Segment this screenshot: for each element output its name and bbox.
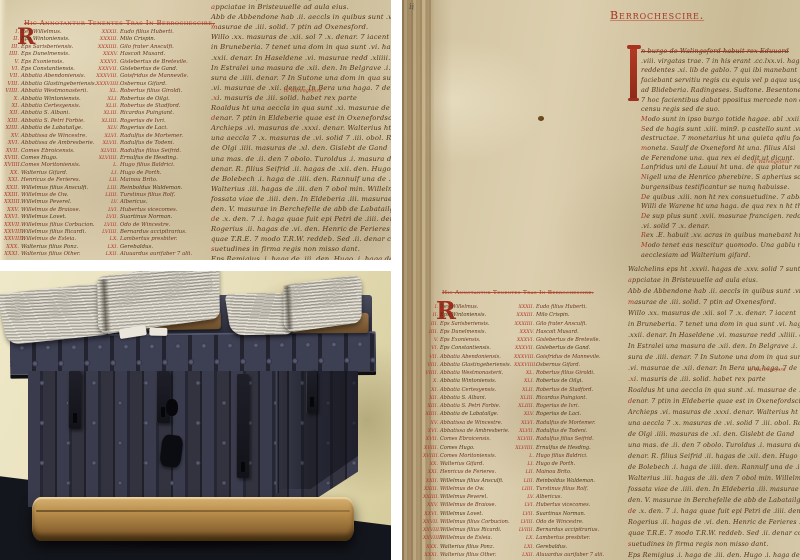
borough-entry-column: Walchelins eps ht .xxvii. hagas de .xxv.… [628,264,798,560]
tenant-entry: XLII. Robertus de Stadford. [514,386,626,394]
tenant-name: Comes Hugo. [440,444,475,452]
tenant-name: Goisfridus de Mannevile. [120,73,188,80]
tenant-name: Eps Exoniensis. [440,336,481,344]
manuscript-folio-photo: ii Berrochescire. n burgo de Walingeford… [402,0,800,560]
tenant-entry: XX. Walterius Gifard. [4,170,99,177]
tenant-entry: XL. Robertus filius Giroldi. [514,369,626,377]
open-book-small [227,277,370,344]
tenant-entry: XLV. Rogerius de Laci. [96,125,212,132]
tenant-entry: XLIII. Ricardus Puingiant. [96,110,212,117]
tenant-numeral: LIIII. [514,486,536,494]
tenant-name: Odo de Wincestre. [120,222,170,229]
manuscript-text-line: denar. 7 ptin in Eldeberie quae est in O… [628,396,798,407]
tenant-name: Abbatia Glastingeberiensis. [440,361,511,369]
landholders-list-title: Hic Annotantur Tenentes Tras In Berroche… [442,290,594,296]
tenant-numeral: XV. [4,133,21,140]
tenant-name: Willelmus de Ow. [440,485,484,493]
manuscript-text-line: masurae de .iii. solid. 7 ptin ad Oxenes… [211,22,391,32]
manuscript-text-line: de .x. den. 7 .i. haga quae fuit epi Pet… [211,214,391,224]
tenant-entry: XXXVIII. Goisfridus de Mannevile. [514,353,626,361]
manuscript-text-line: denar. 7 ptin in Eldeberie quae est in O… [211,113,391,123]
tenant-name: Willelmus de Ow. [21,192,68,199]
tenant-entry: XXVIII. Willelmus filius Ricardi. [423,526,515,534]
tenant-entry: XXXII. Eudo filius Huberti. [514,303,626,311]
tenant-entry: VIIII. Abbatia Westmonasterii. [423,369,515,377]
manuscript-text-line: faciebant servitiu regis cu equis vel p … [641,76,798,86]
tenant-name: Rogerius de Ivri. [120,118,166,125]
tenant-entry: VIII. Abbatia Glastingeberiensis. [423,361,515,369]
tenant-name: Willelmus filius Ricardi. [440,526,502,534]
tenant-name: Willelmus Peverel. [440,493,488,501]
tenant-entry: XXVII. Willelmus filius Corbucion. [4,222,99,229]
tenant-numeral: XXX. [4,244,21,251]
book-page-text [105,271,213,309]
tenant-name: Robertus filius Giroldi. [120,88,182,95]
keyhole [166,399,178,416]
tenant-entry: XXXI. Walterius filius Other. [4,251,99,258]
manuscript-text-line: Rogerius .ii. hagas de .vi. den. Henric … [628,517,798,528]
tenant-name: Walterius Gifard. [21,170,68,177]
tenant-entry: XXXVI. Gislebertus de Bretevile. [514,336,626,344]
manuscript-text-line: de Olgi .iiii. masuras de .xl. den. Gisl… [628,429,798,440]
tenant-numeral: XXXVII. [514,345,536,353]
tenant-entry: XL. Robertus filius Giroldi. [96,88,212,95]
tenant-numeral: XXXIII. [96,36,120,43]
tenant-numeral: X. [423,378,440,386]
tenant-entry: LIIII. Turstinus filius Rolf. [96,192,212,199]
tenant-entry: VIIII. Abbatia Westmonasterii. [4,88,99,95]
tenant-name: Hascoit Musard. [536,328,579,336]
tenant-name: Abbatissa de Ambresberie. [21,140,95,147]
tenant-numeral: XXVIIII. [423,535,440,543]
tenant-entry: XLVIIII. Ernulfus de Hesding. [96,155,212,162]
manuscript-text-line: In Estralei una masura de .xii. den. In … [211,63,391,73]
tenant-name: Walterius filius Other. [440,551,496,559]
chest-corner-edge [276,371,279,493]
tenant-numeral: XIIII. [423,411,440,419]
tenant-numeral: XXXVI. [514,337,536,345]
tenant-entry: VII. Abbatia Abendoniensis. [4,73,99,80]
manuscript-text-line: .xxii. denar. In Haseldene .vi. masurae … [211,53,391,63]
tenant-entry: XII. Abbatia S. Albani. [4,110,99,117]
tenant-name: Mainou Brito. [120,177,158,184]
tenant-entry: XXX. Walterius filius Ponz. [423,543,515,551]
tenant-entry: XLVI. Radulfus de Mortemer. [514,419,626,427]
tenant-name: Rogerius de Laci. [120,125,168,132]
tenant-numeral: XVI. [4,140,21,147]
manuscript-text-line: den. V. masurae in Berchefelle de abb de… [628,495,798,506]
tenant-numeral: LVIII. [514,519,536,527]
tenant-name: Turstinus filius Rolf. [120,192,175,199]
tenant-name: Willelmus Lovet. [440,510,483,518]
tenant-entry: VI. Eps Constantiensis. [423,344,515,352]
tenant-name: Suartinus Norman. [120,214,172,221]
tenant-numeral: XXII. [423,478,440,486]
tenant-entry: XXXVI. Gislebertus de Bretevile. [96,59,212,66]
tenant-numeral: LV. [514,494,536,502]
manuscript-text-line: appciatae in Bristeuuelle ad aula eius. [628,275,798,286]
tenants-column-1: I. Rex Willelmus. II. Eps Wintoniensis. … [4,29,99,259]
tenant-entry: LVIIII. Bernardus accipitrarius. [96,229,212,236]
tenant-entry: LX. Lambertus presbiter. [96,236,212,243]
interlinear-gloss: in Warengeford [748,368,786,373]
tenant-numeral: XXIIII. [423,494,440,502]
tenant-name: Robertus de Stadford. [536,386,593,394]
tenant-numeral: XVI. [423,428,440,436]
manuscript-text-line: destructae. 7 monetarius ht una quieta q… [641,134,798,144]
tenant-numeral: LVIIII. [514,527,536,535]
manuscript-text-line: Modo sunt in ipso burgo totide hagae. ab… [641,115,798,125]
manuscript-text-line: sura de .iiii. denar. 7 In Sutone una do… [211,73,391,83]
tenant-entry: LXII. Aluuardus aurifaber 7 alii. [514,551,626,559]
tenant-name: Reinboldus Waldeman. [536,477,595,485]
tenant-entry: VIII. Abbatia Glastingeberiensis. [4,81,99,88]
tenant-entry: XXXV. Hascoit Musard. [96,51,212,58]
tenant-numeral: XVIIII. [423,453,440,461]
tenant-numeral: XLIII. [514,395,536,403]
tenant-name: Comes Moritoniensis. [21,162,80,169]
tenant-entry: XXIIII. Willelmus Peverel. [4,199,99,206]
tenant-name: Radulfus filius Seifrid. [120,148,181,155]
tenant-entry: XIII. Abbatia S. Petri Forbie. [4,118,99,125]
tenant-name: Henricus de Ferieres. [440,468,496,476]
tenant-numeral: XVIII. [423,445,440,453]
parchment-stain [538,116,544,121]
tenant-numeral: XXXVIII. [514,354,536,362]
tenant-name: Albericus. [536,493,562,501]
manuscript-text-line: Willo .xx. masuras de .xii. sol 7 .x. de… [628,308,798,319]
tenant-name: Willelmus de Esleia. [21,236,76,243]
tenant-numeral: V. [423,337,440,345]
tenant-entry: LII. Mainou Brito. [96,177,212,184]
tenant-entry: XLI. Robertus de Oilgi. [514,377,626,385]
tenant-entry: XXVI. Willelmus Lovet. [423,510,515,518]
manuscript-text-line: Eps Remigius .i. haga de .iii. den. Hugo… [628,550,798,560]
tenant-numeral: VI. [4,66,21,73]
tenant-entry: XXXVII. Gislebertus de Gand. [96,66,212,73]
tenant-name: Ernulfus de Hesding. [120,155,178,162]
book-page-text [288,277,357,312]
tenant-numeral: XXXVIIII. [514,362,536,370]
tenant-entry: XXXVIIII. Osbernus Gifard. [514,361,626,369]
manuscript-text-line: Walterius .iii. hagas de .iii. den 7 obo… [628,473,798,484]
manuscript-text-line: denar. R. filius Seifrid .ii. hagas de .… [628,451,798,462]
tenant-numeral: XLV. [96,125,120,132]
tenant-name: Gerebaldus. [536,543,567,551]
tenant-numeral: VII. [4,73,21,80]
tenant-name: Willelmus filius Ansculfi. [440,477,504,485]
tenant-name: Lambertus presbiter. [120,236,177,243]
tenant-name: Eps Constantiensis. [21,66,75,73]
tenant-entry: XVIII. Comes Hugo. [423,444,515,452]
tenant-entry: XLVIIII. Ernulfus de Hesding. [514,444,626,452]
tenant-entry: LVI. Hubertus vicecomes. [96,207,212,214]
tenant-entry: LVII. Suartinus Norman. [514,510,626,518]
tenant-numeral: XXXV. [514,329,536,337]
tenant-numeral: LIII. [96,185,120,192]
tenant-entry: XXVIIII. Willelmus de Esleia. [4,236,99,243]
manuscript-text-line: Willo .xx. masuras de .xii. sol 7 .x. de… [211,32,391,42]
tenant-entry: XLV. Rogerius de Laci. [514,410,626,418]
tenant-name: Aluuardus aurifaber 7 alii. [120,251,192,258]
tenant-entry: XXII. Willelmus filius Ansculfi. [423,477,515,485]
tenant-name: Eps Sarisberiensis. [440,320,490,328]
tenant-entry: XI. Abbatia Certesyensis. [4,103,99,110]
manuscript-text-line: .vi. solid 7 .x. denar. [641,222,798,232]
tenant-name: Eps Dunelmensis. [440,328,486,336]
tenant-numeral: VIIII. [423,370,440,378]
tenant-entry: LVIII. Odo de Wincestre. [514,518,626,526]
manuscript-text-line: Modo tenet eas nescitur quomodo. Una gab… [641,241,798,251]
tenant-numeral: LX. [96,236,120,243]
tenant-name: Robertus de Oilgi. [536,377,583,385]
manuscript-text-line: una mas. de .ii. den 7 obolo. Turoldus .… [628,440,798,451]
tenant-name: Abbatia Westmonasterii. [21,88,88,95]
tenant-numeral: LV. [96,199,120,206]
manuscript-text-line: de Olgi .iiii. masuras de .xl. den. Gisl… [211,143,391,153]
tenant-numeral: XX. [423,461,440,469]
tenant-name: Milo Crispin. [536,311,570,319]
tenant-name: Willelmus Peverel. [21,199,72,206]
tenant-name: Abbatia S. Petri Forbie. [440,402,500,410]
tenant-numeral: XXIII. [423,486,440,494]
landholders-list-title: Hic Annotantur Tenentes Tras In Berroche… [24,19,215,27]
tenant-entry: XLIIII. Rogerius de Ivri. [96,118,212,125]
tenant-name: Ricardus Puingiant. [120,110,174,117]
tenant-entry: XXXV. Hascoit Musard. [514,328,626,336]
tenants-column-2: XXXII. Eudo filius Huberti. XXXIII. Milo… [96,29,212,259]
tenant-numeral: XII. [423,395,440,403]
tenant-name: Turstinus filius Rolf. [536,485,588,493]
tenant-entry: XVI. Abbatissa de Ambresberie. [423,427,515,435]
tenant-entry: V. Eps Exoniensis. [423,336,515,344]
manuscript-text-line: Rex .E. habuit .xv. acras in quibus mane… [641,231,798,241]
tenant-numeral: LVIIII. [96,229,120,236]
manuscript-text-line: aecclesiam ad Walterium gifard. [641,251,798,261]
tenant-numeral: LII. [514,469,536,477]
tenant-name: Hubertus vicecomes. [536,501,590,509]
tenant-entry: L. Hugo filius Baldrici. [96,162,212,169]
tenant-name: Reinboldus Waldeman. [120,185,182,192]
tenant-name: Milo Crispin. [120,36,155,43]
tenant-numeral: XXV. [4,207,21,214]
tenant-name: Comes Moritoniensis. [440,452,496,460]
manuscript-text-line: censu regis sed de suo. [641,105,798,115]
manuscript-text-line: Nigell una de Henrico pherebire. S apher… [641,173,798,183]
tenant-entry: XLIIII. Rogerius de Ivri. [514,402,626,410]
tenant-name: Willelmus Lovet. [21,214,67,221]
tenant-numeral: XXXI. [423,552,440,560]
tenant-numeral: XL. [96,88,120,95]
manuscript-text-line: Sed de hagis sunt .xiii. min9. p castell… [641,125,798,135]
tenant-entry: XV. Abbatissa de Wincestre. [423,419,515,427]
manuscript-text-line: Abb de Abbendone hab .ii. aeccls in quib… [211,12,391,22]
tenant-entry: XVII. Comes Ebroicensis. [4,148,99,155]
tenant-entry: LII. Mainou Brito. [514,468,626,476]
tenant-name: Radulfus de Mortemer. [120,133,183,140]
tenant-name: Ernulfus de Hesding. [536,444,591,452]
tenant-name: Abbatia de Labatailge. [440,410,498,418]
tenant-entry: X. Abbatia Wintoniensis. [4,96,99,103]
tenant-numeral: LVII. [96,214,120,221]
manuscript-text-line: Roaldus ht una aeccla in qua sunt .xi. m… [628,385,798,396]
struck-opening-line: n burgo de Walingeford habuit rex Eduuar… [641,47,798,57]
manuscript-text-line: denar. R. filius Seifrid .ii. hagas de .… [211,164,391,174]
tenant-numeral: XXIIII. [4,199,21,206]
tenant-name: Eps Sarisberiensis. [21,44,73,51]
manuscript-text-line: moneta. Saulf de Oxeneford ht una. filiu… [641,144,798,154]
tenant-name: Walterius Gifard. [440,460,484,468]
tenant-numeral: LX. [514,535,536,543]
tenant-numeral: XXXVII. [96,66,120,73]
tenant-numeral: I. [423,304,440,312]
tenant-entry: VII. Abbatia Abendoniensis. [423,353,515,361]
tenant-numeral: XLV. [514,411,536,419]
book-pages-left [0,283,112,345]
tenant-numeral: LI. [96,170,120,177]
tenant-name: Willelmus de Esleia. [440,534,492,542]
tenant-name: Eps Constantiensis. [440,344,491,352]
tenant-entry: XIIII. Abbatia de Labatailge. [423,410,515,418]
tenant-numeral: XV. [423,420,440,428]
tenant-numeral: XIII. [423,403,440,411]
manuscript-text-line: fossata viae de .iiii. den. In Eldeberia… [628,484,798,495]
tenant-numeral: XLII. [96,103,120,110]
tenant-entry: XXVIIII. Willelmus de Esleia. [423,534,515,542]
tenant-numeral: L. [96,162,120,169]
manuscript-text-line: .xi. masuris de .iii. solid. habet rex p… [628,374,798,385]
tenant-name: Willelmus de Braiose. [440,501,496,509]
tenant-entry: XLVII. Radulfus de Todeni. [514,427,626,435]
tenant-entry: XXII. Willelmus filius Ansculfi. [4,185,99,192]
tenant-entry: LIIII. Turstinus filius Rolf. [514,485,626,493]
tenant-numeral: XLVI. [96,133,120,140]
tenant-entry: LIII. Reinboldus Waldeman. [96,185,212,192]
tenants-column-2: XXXII. Eudo filius Huberti. XXXIII. Milo… [514,303,626,559]
tenant-entry: XVIIII. Comes Moritoniensis. [4,162,99,169]
tenant-numeral: XVII. [4,148,21,155]
tenant-entry: XXXII. Eudo filius Huberti. [96,29,212,36]
tenant-numeral: XXXVI. [96,59,120,66]
tenant-name: Eudo filius Huberti. [120,29,174,36]
open-book-large [0,271,227,349]
wooden-plinth [32,497,354,541]
tenant-name: Abbatia Wintoniensis. [21,96,81,103]
tenant-name: Eps Wintoniensis. [440,311,486,319]
tenant-name: Hugo filius Baldrici. [120,162,175,169]
manuscript-text-line: In Estralei una masura de .xii. den. In … [628,341,798,352]
tenant-numeral: XIII. [4,118,21,125]
tenant-entry: XXXI. Walterius filius Other. [423,551,515,559]
tenant-name: Comes Ebroicensis. [21,148,75,155]
tenant-name: Walterius filius Ponz. [440,543,494,551]
tenant-numeral: LII. [96,177,120,184]
interlinear-gloss: in Warengeford [284,89,322,94]
manuscript-text-line: reddentes .xi. lib de gablo. 7 qui ibi m… [641,66,798,76]
tenant-entry: XXXVII. Gislebertus de Gand. [514,344,626,352]
tenant-entry: XLII. Robertus de Stadford. [96,103,212,110]
tenant-entry: XXVIII. Willelmus filius Ricardi. [4,229,99,236]
tenant-name: Willelmus de Braiose. [21,207,80,214]
tenant-entry: XXIII. Willelmus de Ow. [423,485,515,493]
tenant-entry: II. Eps Wintoniensis. [4,36,99,43]
tenant-numeral: XXXI. [4,251,21,258]
tenant-numeral: XLIII. [96,110,120,117]
tenant-numeral: XIIII. [4,125,21,132]
shire-heading: Berrochescire. [610,9,704,22]
tenant-numeral: XLVIIII. [96,155,120,162]
tenant-name: Radulfus de Mortemer. [536,419,596,427]
tenant-name: Ricardus Puingiant. [536,394,587,402]
tenant-entry: XLVII. Radulfus de Todeni. [96,140,212,147]
tenant-name: Eps Exoniensis. [21,59,64,66]
tenant-name: Osbernus Gifard. [120,81,167,88]
manuscript-text-line: Archieps .vi. masuras de .xxxi. denar. W… [628,407,798,418]
tenant-name: Gislebertus de Gand. [536,344,590,352]
manuscript-text-line: Rogerius .ii. hagas de .vi. den. Henric … [211,224,391,234]
manuscript-text-line: in Bruneberia. 7 tenet una dom in qua su… [628,319,798,330]
tenant-entry: XLVIII. Radulfus filius Seifrid. [96,148,212,155]
manuscript-text-line: De sup plus sunt .xvii. masurae francige… [641,212,798,222]
tenant-entry: XX. Walterius Gifard. [423,460,515,468]
tenant-numeral: VIII. [423,362,440,370]
tenant-name: Abbatissa de Wincestre. [440,419,502,427]
tenant-entry: LXI. Gerebaldus. [96,244,212,251]
tenant-name: Albericus. [120,199,148,206]
tenant-numeral: V. [4,59,21,66]
manuscript-text-line: den. V. masurae in Berchefelle de abb de… [211,204,391,214]
tenant-name: Rex Willelmus. [440,303,478,311]
tenant-numeral: XVIII. [4,155,21,162]
paper-slip [149,328,167,336]
tenant-entry: IIII. Eps Dunelmensis. [423,328,515,336]
interlinear-gloss: in Warengeford [752,160,790,165]
tenant-entry: II. Eps Wintoniensis. [423,311,515,319]
tenant-name: Robertus de Stadford. [120,103,181,110]
tenant-entry: XXXIII. Milo Crispin. [96,36,212,43]
manuscript-text-line: fossata viae de .iiii. den. In Eldeberia… [211,194,391,204]
tenant-name: Abbatissa de Wincestre. [21,133,87,140]
tenant-entry: XV. Abbatissa de Wincestre. [4,133,99,140]
tenant-numeral: XLVIII. [96,148,120,155]
tenant-numeral: XXX. [423,544,440,552]
tenant-name: Robertus filius Giroldi. [536,369,595,377]
tenant-numeral: XXI. [4,177,21,184]
tenant-numeral: XXXIII. [514,312,536,320]
tenant-name: Mainou Brito. [536,468,572,476]
tenant-name: Abbatissa de Ambresberie. [440,427,510,435]
tenant-numeral: XXXV. [96,51,120,58]
tenant-numeral: LIII. [514,478,536,486]
manuscript-text-line: .viii. virgatas trae. 7 in his erant .cc… [641,57,798,67]
manuscript-detail-photo: Hic Annotantur Tenentes Tras In Berroche… [0,0,391,260]
tenant-numeral: XLI. [514,378,536,386]
tenant-numeral: II. [4,36,21,43]
tenant-name: Willelmus filius Corbucion. [440,518,510,526]
tenant-entry: XXIIII. Willelmus Peverel. [423,493,515,501]
manuscript-text-line: una aeccla 7 .x. masuras de .vi. solid 7… [628,418,798,429]
tenant-entry: XI. Abbatia Certesyensis. [423,386,515,394]
tenant-entry: LVI. Hubertus vicecomes. [514,501,626,509]
tenant-name: Hugo de Porth. [120,170,162,177]
manuscript-text-line: Walchelins eps ht .xxvii. hagas de .xxv.… [628,264,798,275]
manuscript-text-line: .xxii. denar. In Haseldene .vi. masurae … [628,330,798,341]
tenant-numeral: LXII. [96,251,120,258]
tenant-entry: XXI. Henricus de Ferieres. [4,177,99,184]
manuscript-text-line: una aeccla 7 .x. masuras de .vi. solid 7… [211,133,391,143]
tenant-numeral: VIIII. [4,88,21,95]
manuscript-text-line: de .x. den. 7 .i. haga quae fuit epi Pet… [628,506,798,517]
